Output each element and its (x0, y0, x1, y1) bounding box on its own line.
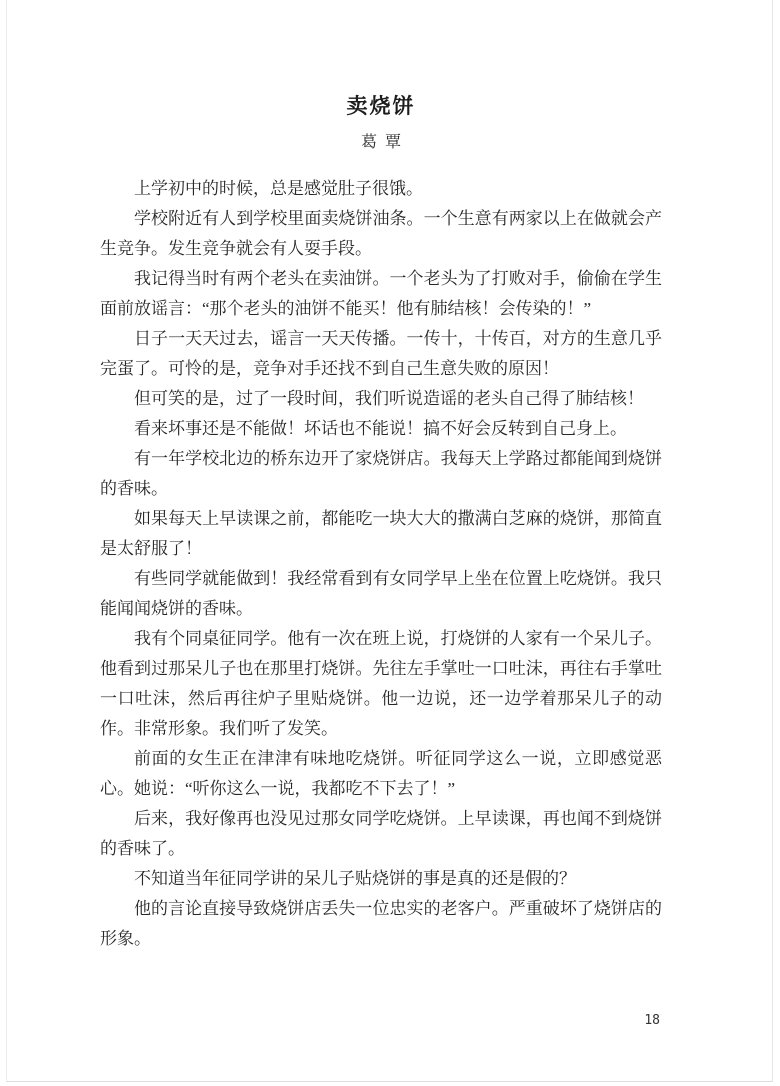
paragraph: 有一年学校北边的桥东边开了家烧饼店。我每天上学路过都能闻到烧饼的香味。 (100, 444, 662, 504)
essay-body: 上学初中的时候，总是感觉肚子很饿。学校附近有人到学校里面卖烧饼油条。一个生意有两… (100, 174, 662, 954)
paragraph: 但可笑的是，过了一段时间，我们听说造谣的老头自己得了肺结核！ (100, 384, 662, 414)
paragraph: 看来坏事还是不能做！坏话也不能说！搞不好会反转到自己身上。 (100, 414, 662, 444)
paragraph: 日子一天天过去，谣言一天天传播。一传十，十传百，对方的生意几乎完蛋了。可怜的是，… (100, 324, 662, 384)
paragraph: 不知道当年征同学讲的呆儿子贴烧饼的事是真的还是假的？ (100, 864, 662, 894)
paragraph: 如果每天上早读课之前，都能吃一块大大的撒满白芝麻的烧饼，那简直是太舒服了！ (100, 504, 662, 564)
paragraph: 我有个同桌征同学。他有一次在班上说，打烧饼的人家有一个呆儿子。他看到过那呆儿子也… (100, 624, 662, 744)
essay-content: 卖烧饼 葛覃 上学初中的时候，总是感觉肚子很饿。学校附近有人到学校里面卖烧饼油条… (100, 94, 662, 954)
paragraph: 前面的女生正在津津有味地吃烧饼。听征同学这么一说，立即感觉恶心。她说：“听你这么… (100, 744, 662, 804)
paragraph: 他的言论直接导致烧饼店丢失一位忠实的老客户。严重破坏了烧饼店的形象。 (100, 894, 662, 954)
essay-title: 卖烧饼 (100, 94, 662, 118)
paragraph: 学校附近有人到学校里面卖烧饼油条。一个生意有两家以上在做就会产生竞争。发生竞争就… (100, 204, 662, 264)
essay-author: 葛覃 (100, 133, 662, 153)
document-page: 卖烧饼 葛覃 上学初中的时候，总是感觉肚子很饿。学校附近有人到学校里面卖烧饼油条… (0, 0, 780, 1086)
paragraph: 后来，我好像再也没见过那女同学吃烧饼。上早读课，再也闻不到烧饼的香味了。 (100, 804, 662, 864)
paragraph: 我记得当时有两个老头在卖油饼。一个老头为了打败对手，偷偷在学生面前放谣言：“那个… (100, 264, 662, 324)
paragraph: 上学初中的时候，总是感觉肚子很饿。 (100, 174, 662, 204)
paragraph: 有些同学就能做到！我经常看到有女同学早上坐在位置上吃烧饼。我只能闻闻烧饼的香味。 (100, 564, 662, 624)
page-number: 18 (644, 1014, 660, 1027)
